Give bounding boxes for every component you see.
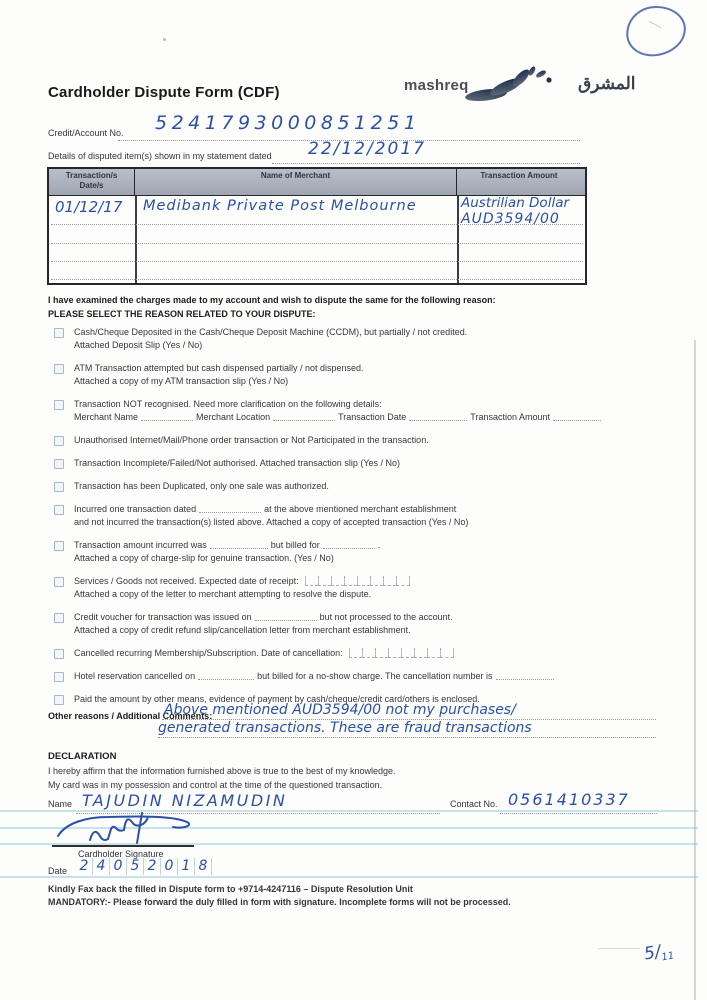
checkbox-icon xyxy=(54,459,64,469)
select-reason-heading: PLEASE SELECT THE REASON RELATED TO YOUR… xyxy=(48,309,316,319)
signature-line xyxy=(52,845,194,847)
date-entry-cells xyxy=(305,576,410,586)
cell-transaction-date: 01/12/17 xyxy=(55,198,122,216)
blank-field xyxy=(198,670,254,680)
blank-field xyxy=(141,411,193,421)
column-header-amount: Transaction Amount xyxy=(457,169,581,195)
date-digit: 1 xyxy=(178,858,195,875)
reason-checklist: Cash/Cheque Deposited in the Cash/Cheque… xyxy=(54,326,664,716)
reason-text: Services / Goods not received. Expected … xyxy=(74,575,410,601)
field-line xyxy=(272,163,580,164)
date-digit: 2 xyxy=(76,858,93,875)
page-mark: 5/11 xyxy=(642,940,674,965)
reason-text: Transaction has been Duplicated, only on… xyxy=(74,480,329,493)
reason-text: Cash/Cheque Deposited in the Cash/Cheque… xyxy=(74,326,467,352)
reason-item: Hotel reservation cancelled onbut billed… xyxy=(54,670,664,683)
date-digit: 0 xyxy=(110,858,127,875)
blank-field xyxy=(323,539,375,549)
reason-text: Unauthorised Internet/Mail/Phone order t… xyxy=(74,434,429,447)
reason-text: Incurred one transaction datedat the abo… xyxy=(74,503,468,529)
reason-item: Credit voucher for transaction was issue… xyxy=(54,611,664,637)
reason-text: Transaction NOT recognised. Need more cl… xyxy=(74,398,604,424)
declaration-line1: I hereby affirm that the information fur… xyxy=(48,766,396,776)
checkbox-icon xyxy=(54,541,64,551)
scan-dash xyxy=(598,948,640,949)
row-line xyxy=(51,261,583,262)
transactions-table: Transaction/s Date/s Name of Merchant Tr… xyxy=(47,167,587,285)
reason-item: Cancelled recurring Membership/Subscript… xyxy=(54,647,664,660)
column-header-merchant: Name of Merchant xyxy=(135,169,457,195)
intro-line: I have examined the charges made to my a… xyxy=(48,295,496,305)
date-label: Date xyxy=(48,866,67,876)
signature-image xyxy=(52,812,204,846)
blank-field xyxy=(553,411,601,421)
reason-item: Unauthorised Internet/Mail/Phone order t… xyxy=(54,434,664,447)
comments-handwriting-line1: Above mentioned AUD3594/00 not my purcha… xyxy=(164,702,516,718)
date-entry-cells xyxy=(349,648,454,658)
scan-line xyxy=(0,876,698,878)
reason-item: Transaction Incomplete/Failed/Not author… xyxy=(54,457,664,470)
column-header-date: Transaction/s Date/s xyxy=(49,169,135,195)
account-number-value: 5241793000851251 xyxy=(155,112,420,134)
checkbox-icon xyxy=(54,482,64,492)
date-digit: 4 xyxy=(93,858,110,875)
cell-transaction-amount: Austrilian Dollar AUD3594/00 xyxy=(461,196,595,227)
date-value-cells: 24052018 xyxy=(76,858,212,875)
page-title: Cardholder Dispute Form (CDF) xyxy=(48,84,280,101)
reason-item: Services / Goods not received. Expected … xyxy=(54,575,664,601)
reason-item: Cash/Cheque Deposited in the Cash/Cheque… xyxy=(54,326,664,352)
row-line xyxy=(51,243,583,244)
date-digit: 0 xyxy=(161,858,178,875)
mandatory-instruction: MANDATORY:- Please forward the duly fill… xyxy=(48,897,511,907)
mashreq-leaf-logo-icon xyxy=(464,64,576,104)
reason-text: Hotel reservation cancelled onbut billed… xyxy=(74,670,557,683)
date-digit: 8 xyxy=(195,858,212,875)
date-digit: 2 xyxy=(144,858,161,875)
blank-field xyxy=(496,670,554,680)
comments-line xyxy=(158,737,656,738)
scanned-dispute-form: Cardholder Dispute Form (CDF) mashreq ال… xyxy=(0,0,707,1000)
checkbox-icon xyxy=(54,364,64,374)
column-divider xyxy=(135,196,137,283)
hand-drawn-circle xyxy=(624,3,689,59)
mashreq-logo-text: mashreq xyxy=(404,77,469,94)
cell-merchant-name: Medibank Private Post Melbourne xyxy=(143,198,417,214)
account-number-label: Credit/Account No. xyxy=(48,128,124,138)
blank-field xyxy=(255,611,317,621)
row-line xyxy=(51,279,583,280)
fax-instruction: Kindly Fax back the filled in Dispute fo… xyxy=(48,884,413,894)
declaration-heading: DECLARATION xyxy=(48,751,116,762)
reason-item: Incurred one transaction datedat the abo… xyxy=(54,503,664,529)
table-body: 01/12/17 Medibank Private Post Melbourne… xyxy=(49,196,585,283)
blank-field xyxy=(273,411,335,421)
declaration-line2: My card was in my possession and control… xyxy=(48,780,382,790)
contact-value: 0561410337 xyxy=(508,790,630,809)
blank-field xyxy=(199,503,261,513)
statement-date-label: Details of disputed item(s) shown in my … xyxy=(48,151,272,161)
contact-label: Contact No. xyxy=(450,799,498,809)
speck xyxy=(163,38,166,41)
column-divider xyxy=(457,196,459,283)
comments-handwriting-line2: generated transactions. These are fraud … xyxy=(158,720,532,736)
reason-item: ATM Transaction attempted but cash dispe… xyxy=(54,362,664,388)
reason-text: Transaction amount incurred wasbut bille… xyxy=(74,539,380,565)
date-digit: 5 xyxy=(127,858,144,875)
reason-item: Transaction has been Duplicated, only on… xyxy=(54,480,664,493)
statement-date-value: 22/12/2017 xyxy=(308,139,426,159)
checkbox-icon xyxy=(54,649,64,659)
checkbox-icon xyxy=(54,577,64,587)
name-label: Name xyxy=(48,799,72,809)
page-edge-line xyxy=(694,340,696,1000)
checkbox-icon xyxy=(54,328,64,338)
blank-field xyxy=(409,411,467,421)
blank-field xyxy=(210,539,268,549)
checkbox-icon xyxy=(54,505,64,515)
checkbox-icon xyxy=(54,400,64,410)
reason-text: Transaction Incomplete/Failed/Not author… xyxy=(74,457,400,470)
reason-item: Transaction NOT recognised. Need more cl… xyxy=(54,398,664,424)
table-header-row: Transaction/s Date/s Name of Merchant Tr… xyxy=(49,169,585,196)
checkbox-icon xyxy=(54,695,64,705)
field-line xyxy=(500,813,657,814)
reason-text: Cancelled recurring Membership/Subscript… xyxy=(74,647,454,660)
checkbox-icon xyxy=(54,613,64,623)
checkbox-icon xyxy=(54,672,64,682)
name-value: TAJUDIN NIZAMUDIN xyxy=(82,791,287,810)
reason-text: Credit voucher for transaction was issue… xyxy=(74,611,453,637)
mashreq-arabic-text: المشرق xyxy=(578,74,635,94)
checkbox-icon xyxy=(54,436,64,446)
reason-item: Transaction amount incurred wasbut bille… xyxy=(54,539,664,565)
reason-text: ATM Transaction attempted but cash dispe… xyxy=(74,362,364,388)
